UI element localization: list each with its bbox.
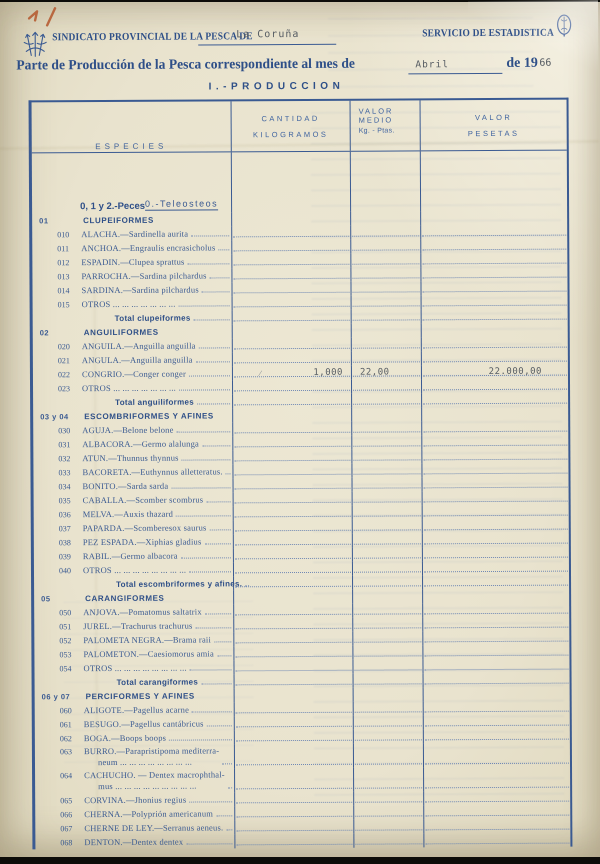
total-label: Total anguiliformes (115, 397, 194, 408)
species-name: DENTON.—Dentex dentex (84, 837, 183, 849)
header-cantidad: CANTIDAD KILOGRAMOS (232, 101, 351, 152)
cantidad-cell (234, 506, 353, 521)
species-name: CABALLA.—Scomber scombrus (83, 495, 204, 507)
valor-medio-cell (354, 701, 424, 715)
species-cell: 052PALOMETA NEGRA.—Brama raii (34, 632, 234, 647)
valor-medio-cell (354, 767, 424, 791)
cantidad-cell (235, 730, 354, 745)
species-name: RABIL.—Germo albacora (83, 551, 178, 562)
valor-pesetas-cell (421, 267, 567, 282)
valor-pesetas-cell (424, 715, 570, 730)
cantidad-cell (234, 632, 353, 647)
year-typed-value: 66 (539, 58, 551, 69)
species-cell: 020ANGUILA.—Anguilla anguilla (33, 338, 233, 353)
species-name: PEZ ESPADA.—Xiphias gladius (83, 537, 202, 549)
species-code: 052 (59, 635, 83, 646)
valor-medio-cell (351, 211, 421, 225)
species-name: PARROCHA.—Sardina pilchardus (81, 270, 206, 282)
valor-pesetas-cell (424, 687, 570, 702)
species-code: 034 (59, 481, 83, 492)
species-cell: 060ALIGOTE.—Pagellus acarne (35, 702, 235, 717)
valor-pesetas-cell (423, 617, 569, 632)
dotted-leader (189, 375, 230, 376)
species-cell: 067CHERNE DE LEY.—Serranus aeneus. (35, 820, 235, 835)
species-cell: 022CONGRIO.—Conger conger (33, 366, 233, 381)
species-name: BONITO.—Sarda sarda (83, 481, 169, 492)
oval-emblem-icon (556, 14, 572, 38)
species-cell: 036MELVA.—Auxis thazard (34, 506, 234, 521)
valor-medio-cell (352, 449, 422, 463)
valor-pesetas-cell (424, 743, 570, 768)
header-cantidad-line1: CANTIDAD (261, 113, 319, 122)
valor-pesetas-cell (422, 351, 568, 366)
dotted-leader (202, 445, 230, 446)
dotted-leader (186, 843, 232, 844)
species-code: 061 (60, 719, 84, 730)
cantidad-cell (233, 408, 352, 423)
species-name: ALBACORA.—Germo alalunga (82, 439, 199, 451)
valor-medio-cell (353, 519, 423, 533)
species-cell: 031ALBACORA.—Germo alalunga (33, 436, 233, 451)
valor-medio-cell (354, 743, 424, 767)
valor-medio-cell (352, 337, 422, 351)
dotted-leader (194, 319, 230, 320)
species-cell: Total clupeiformes (33, 310, 233, 325)
valor-pesetas-cell (423, 547, 569, 562)
valor-pesetas-cell (424, 805, 570, 820)
valor-pesetas-cell (423, 519, 569, 534)
species-cell: 014SARDINA.—Sardina pilchardus (32, 282, 232, 297)
valor-medio-cell (352, 323, 422, 337)
valor-pesetas-cell (422, 421, 568, 436)
species-name: CACHUCHO. — Dentex macrophthal-mus ... .… (84, 769, 225, 791)
section-code: 06 y 07 (42, 691, 86, 702)
cantidad-cell (233, 450, 352, 465)
handwritten-mark: / (258, 368, 263, 378)
valor-pesetas-cell (424, 819, 570, 834)
org-name-right: SERVICIO DE ESTADISTICA (422, 28, 554, 40)
cantidad-cell (234, 576, 353, 591)
species-cell: 039RABIL.—Germo albacora (34, 548, 234, 563)
dotted-leader (181, 557, 231, 558)
cantidad-cell (234, 646, 353, 661)
valor-medio-cell (354, 687, 424, 701)
total-label: Total escombriformes y afines. (116, 578, 242, 590)
species-name: PALOMETA NEGRA.—Brama raii (83, 634, 211, 646)
valor-medio-cell (353, 561, 423, 575)
species-code: 040 (59, 565, 83, 576)
species-name: BACORETA.—Euthynnus alletteratus. (82, 466, 222, 478)
valor-medio-cell (354, 819, 424, 833)
species-name: PAPARDA.—Scomberesox saurus (83, 522, 207, 534)
dotted-leader (206, 501, 230, 502)
species-name: OTROS ... ... ... ... ... ... ... (82, 299, 176, 310)
species-code: 039 (59, 551, 83, 562)
valor-medio-cell (352, 393, 422, 407)
species-cell: 02ANGUILIFORMES (33, 324, 233, 339)
species-code: 066 (60, 809, 84, 820)
cantidad-cell (235, 716, 354, 731)
table-header-row: ESPECIES CANTIDAD KILOGRAMOS VALOR MEDIO… (32, 100, 567, 154)
dotted-leader (188, 263, 230, 264)
species-row: 068DENTON.—Dentex dentex (35, 833, 570, 850)
valor-pesetas-cell (421, 211, 567, 226)
species-code: 011 (57, 243, 81, 254)
valor-medio-cell (351, 239, 421, 253)
cantidad-cell (234, 562, 353, 577)
valor-pesetas-cell (421, 239, 567, 254)
valor-medio-cell (351, 267, 421, 281)
valor-medio-cell (352, 295, 422, 309)
cantidad-cell (235, 834, 354, 849)
cantidad-cell (234, 548, 353, 563)
species-cell: 05CARANGIFORMES (34, 590, 234, 605)
cantidad-cell (233, 380, 352, 395)
valor-medio-cell (353, 645, 423, 659)
species-code: 060 (60, 705, 84, 716)
dotted-leader (218, 249, 229, 250)
section-title: I.-PRODUCCION (0, 80, 554, 94)
typed-value: 22.000,00 (489, 367, 542, 377)
species-code: 065 (60, 795, 84, 806)
cantidad-cell (235, 806, 354, 821)
species-cell: 011ANCHOA.—Engraulis encrasicholus (32, 240, 232, 255)
falange-emblem-icon (22, 29, 48, 57)
species-code: 023 (58, 383, 82, 394)
species-code: 032 (58, 453, 82, 464)
species-name: CHERNA.—Polyprión americanum (84, 808, 213, 820)
species-code: 020 (58, 341, 82, 352)
species-name: ANCHOA.—Engraulis encrasicholus (81, 242, 215, 254)
species-cell: 063BURRO.—Parapristipoma mediterra-neum … (35, 744, 235, 769)
species-name: ALIGOTE.—Pagellus acarne (84, 705, 189, 717)
species-name: ANGULA.—Anguilla anguilla (82, 355, 193, 367)
photographed-document: { "header": { "handwritten_mark": "7/", … (0, 0, 600, 864)
dotted-leader (210, 277, 230, 278)
org-name-left: SINDICATO PROVINCIAL DE LA PESCA DE (52, 31, 253, 43)
species-row: 063BURRO.—Parapristipoma mediterra-neum … (35, 743, 570, 770)
species-code: 068 (60, 837, 84, 848)
cantidad-cell (235, 674, 354, 689)
valor-medio-cell (354, 805, 424, 819)
cantidad-cell (232, 240, 351, 255)
year-prefix: de 19 (506, 56, 538, 72)
species-cell: 062BOGA.—Boops boops (35, 730, 235, 745)
species-cell: 033BACORETA.—Euthynnus alletteratus. (33, 464, 233, 479)
dotted-leader (207, 725, 232, 726)
cantidad-cell (234, 618, 353, 633)
species-cell: 068DENTON.—Dentex dentex (35, 834, 235, 849)
valor-medio-cell: 22,00 (352, 365, 422, 379)
species-code: 038 (59, 537, 83, 548)
header-especies: ESPECIES (32, 101, 232, 152)
species-name: SARDINA.—Sardina pilchardus (81, 285, 198, 297)
cantidad-cell (234, 492, 353, 507)
header-valor-pesetas: VALOR PESETAS (421, 100, 567, 151)
species-name: ALACHA.—Sardinella aurita (81, 229, 188, 241)
valor-medio-cell (353, 631, 423, 645)
valor-pesetas-cell (421, 281, 567, 296)
species-code: 067 (60, 823, 84, 834)
valor-medio-cell (353, 547, 423, 561)
dotted-leader (216, 815, 232, 816)
dotted-leader (189, 571, 231, 572)
dotted-leader (182, 459, 231, 460)
header-valor-line2: PESETAS (468, 128, 520, 137)
valor-pesetas-cell (423, 505, 569, 520)
group-valor-medio-cell (351, 151, 421, 211)
species-cell: 038PEZ ESPADA.—Xiphias gladius (34, 534, 234, 549)
group-heading-cell: 0, 1 y 2.-Peces 0.-Teleosteos (32, 152, 232, 213)
species-cell: 040OTROS ... ... ... ... ... ... ... ... (34, 562, 234, 577)
total-label: Total clupeiformes (115, 313, 191, 324)
province-underline (198, 44, 336, 46)
valor-pesetas-cell (424, 673, 570, 688)
species-row: 064CACHUCHO. — Dentex macrophthal-mus ..… (35, 767, 570, 794)
header-valor-medio-line2: MEDIO (359, 115, 420, 124)
cantidad-cell (233, 464, 352, 479)
valor-medio-cell (353, 533, 423, 547)
valor-medio-cell (351, 281, 421, 295)
valor-pesetas-cell (423, 477, 569, 492)
cantidad-cell (232, 212, 351, 227)
dotted-leader (169, 739, 232, 740)
group-valor-pesetas-cell (421, 151, 567, 212)
section-label: PERCIFORMES Y AFINES (86, 691, 195, 703)
valor-medio-cell (352, 351, 422, 365)
species-name: BURRO.—Parapristipoma mediterra-neum ...… (84, 745, 219, 767)
species-code: 062 (60, 733, 84, 744)
valor-pesetas-cell (423, 491, 569, 506)
species-code: 050 (59, 607, 83, 618)
species-name: ANGUILA.—Anguilla anguilla (82, 341, 196, 353)
species-code: 037 (59, 523, 83, 534)
species-code: 030 (58, 425, 82, 436)
header-valor-medio-line1: VALOR (359, 106, 420, 115)
subgroup-heading: 0.-Teleosteos (145, 198, 218, 210)
dotted-leader (222, 763, 232, 764)
typed-value: 1,000 (313, 368, 343, 378)
valor-medio-cell (354, 833, 424, 847)
species-cell: 065CORVINA.—Jhonius regius (35, 792, 235, 807)
dotted-leader (210, 529, 231, 530)
species-code: 054 (59, 663, 83, 674)
dotted-leader (191, 235, 229, 236)
dotted-leader (190, 669, 232, 670)
species-cell: 06 y 07PERCIFORMES Y AFINES (35, 688, 235, 703)
species-cell: 010ALACHA.—Sardinella aurita (32, 226, 232, 241)
valor-pesetas-cell (423, 659, 569, 674)
month-typed-value: Abril (415, 59, 449, 70)
species-cell: 03 y 04ESCOMBRIFORMES Y AFINES (33, 408, 233, 423)
header-cantidad-line2: KILOGRAMOS (253, 129, 328, 138)
species-cell: 034BONITO.—Sarda sarda (34, 478, 234, 493)
cantidad-cell (235, 820, 354, 835)
dotted-leader (176, 515, 231, 516)
dotted-leader (201, 683, 231, 684)
dotted-leader (214, 641, 231, 642)
paper-sheet: SINDICATO PROVINCIAL DE LA PESCA DE La C… (0, 2, 600, 857)
cantidad-cell (233, 296, 352, 311)
valor-medio-cell (353, 659, 423, 673)
valor-medio-cell (352, 309, 422, 323)
cantidad-cell (232, 282, 351, 297)
valor-pesetas-cell (422, 323, 568, 338)
species-cell: 064CACHUCHO. — Dentex macrophthal-mus ..… (35, 768, 235, 793)
valor-medio-cell (354, 673, 424, 687)
species-code: 010 (57, 229, 81, 240)
valor-pesetas-cell (424, 767, 570, 792)
species-cell: 030AGUJA.—Belone belone (33, 422, 233, 437)
dotted-leader (196, 361, 230, 362)
species-name: BESUGO.—Pagellus cantábricus (84, 719, 204, 731)
cantidad-cell (235, 688, 354, 703)
valor-pesetas-cell (424, 791, 570, 806)
species-cell: 015OTROS ... ... ... ... ... ... ... (33, 296, 233, 311)
species-name: MELVA.—Auxis thazard (83, 509, 173, 520)
cantidad-cell (233, 324, 352, 339)
species-cell: Total carangiformes (35, 674, 235, 689)
valor-medio-cell (353, 575, 423, 589)
species-code: 051 (59, 621, 83, 632)
valor-pesetas-cell (423, 561, 569, 576)
cantidad-cell (234, 660, 353, 675)
valor-medio-cell (353, 617, 423, 631)
section-code: 02 (40, 327, 84, 338)
valor-medio-cell (352, 463, 422, 477)
species-cell: 01CLUPEIFORMES (32, 212, 232, 227)
species-cell: 061BESUGO.—Pagellus cantábricus (35, 716, 235, 731)
valor-pesetas-cell (422, 295, 568, 310)
valor-pesetas-cell (423, 645, 569, 660)
species-cell: 053PALOMETON.—Caesiomorus amia (34, 646, 234, 661)
species-code: 031 (58, 439, 82, 450)
species-cell: 032ATUN.—Thunnus thynnus (33, 450, 233, 465)
cantidad-cell (233, 352, 352, 367)
total-label: Total carangiformes (117, 677, 199, 688)
species-code: 013 (57, 271, 81, 282)
section-code: 05 (41, 593, 85, 604)
cantidad-cell (233, 338, 352, 353)
species-cell: 054OTROS ... ... ... ... ... ... ... ... (34, 660, 234, 675)
cantidad-cell (234, 478, 353, 493)
species-code: 012 (57, 257, 81, 268)
cantidad-cell (234, 534, 353, 549)
section-code: 01 (39, 215, 83, 226)
valor-pesetas-cell (424, 833, 570, 848)
valor-pesetas-cell (423, 589, 569, 604)
header-valor-medio: VALOR MEDIO Kg. - Ptas. (351, 100, 421, 150)
species-cell: 037PAPARDA.—Scomberesox saurus (34, 520, 234, 535)
valor-medio-cell (352, 379, 422, 393)
species-name: OTROS ... ... ... ... ... ... ... ... (83, 565, 186, 577)
table-body: 01CLUPEIFORMES010ALACHA.—Sardinella auri… (32, 211, 570, 850)
species-code: 035 (59, 495, 83, 506)
group-heading-row: 0, 1 y 2.-Peces 0.-Teleosteos (32, 151, 567, 214)
header-valor-line1: VALOR (475, 112, 512, 121)
cantidad-cell (233, 436, 352, 451)
dotted-leader (199, 347, 230, 348)
species-name: CHERNE DE LEY.—Serranus aeneus. (84, 822, 223, 834)
dotted-leader (179, 305, 230, 306)
species-cell: Total escombriformes y afines. (34, 576, 234, 591)
header-valor-medio-line3: Kg. - Ptas. (359, 126, 420, 135)
production-table: ESPECIES CANTIDAD KILOGRAMOS VALOR MEDIO… (29, 98, 573, 850)
valor-medio-cell (352, 435, 422, 449)
valor-medio-cell (351, 225, 421, 239)
species-code: 033 (58, 467, 82, 478)
species-name: OTROS ... ... ... ... ... ... ... ... (83, 663, 186, 675)
valor-medio-cell (353, 491, 423, 505)
cantidad-cell (233, 422, 352, 437)
dotted-leader (202, 291, 230, 292)
dotted-leader (171, 487, 230, 488)
valor-medio-cell (353, 505, 423, 519)
dotted-leader (205, 543, 231, 544)
cantidad-cell (232, 226, 351, 241)
valor-medio-cell (352, 407, 422, 421)
valor-pesetas-cell (422, 393, 568, 408)
valor-pesetas-cell (423, 533, 569, 548)
cantidad-cell: 1,000/ (233, 366, 352, 381)
species-cell: Total anguiliformes (33, 394, 233, 409)
dotted-leader (192, 711, 232, 712)
cantidad-cell (232, 268, 351, 283)
species-name: ESPADIN.—Clupea sprattus (81, 257, 184, 269)
species-code: 014 (57, 285, 81, 296)
species-name: CONGRIO.—Conger conger (82, 369, 186, 381)
species-name: BOGA.—Boops boops (84, 733, 166, 744)
handwritten-red-mark (24, 5, 70, 29)
species-cell: 050ANJOVA.—Pomatomus saltatrix (34, 604, 234, 619)
species-cell: 013PARROCHA.—Sardina pilchardus (32, 268, 232, 283)
cantidad-cell (235, 768, 354, 793)
species-name: OTROS ... ... ... ... ... ... ... (82, 383, 176, 394)
valor-pesetas-cell (424, 729, 570, 744)
valor-pesetas-cell (422, 463, 568, 478)
species-code: 022 (58, 369, 82, 380)
species-code: 064 (60, 770, 84, 781)
section-label: CLUPEIFORMES (83, 215, 154, 226)
species-cell: 012ESPADIN.—Clupea sprattus (32, 254, 232, 269)
dotted-leader (226, 473, 231, 474)
species-code: 015 (58, 299, 82, 310)
species-code: 063 (60, 746, 84, 757)
species-name: ATUN.—Thunnus thynnus (82, 453, 178, 465)
valor-pesetas-cell (423, 631, 569, 646)
dotted-leader (217, 655, 231, 656)
cantidad-cell (235, 792, 354, 807)
valor-pesetas-cell (423, 603, 569, 618)
valor-medio-cell (353, 603, 423, 617)
valor-pesetas-cell (422, 379, 568, 394)
species-cell: 023OTROS ... ... ... ... ... ... ... (33, 380, 233, 395)
section-label: ESCOMBRIFORMES Y AFINES (84, 410, 214, 422)
valor-pesetas-cell (422, 309, 568, 324)
cantidad-cell (233, 310, 352, 325)
typed-value: 22,00 (360, 368, 390, 378)
species-name: PALOMETON.—Caesiomorus amia (83, 648, 214, 660)
species-code: 036 (59, 509, 83, 520)
month-underline (408, 73, 502, 74)
cantidad-cell (234, 604, 353, 619)
species-code: 021 (58, 355, 82, 366)
valor-pesetas-cell: 22.000,00 (422, 365, 568, 380)
species-name: ANJOVA.—Pomatomus saltatrix (83, 607, 202, 619)
group-cantidad-cell (232, 152, 351, 213)
valor-pesetas-cell (422, 407, 568, 422)
species-cell: 021ANGULA.—Anguilla anguilla (33, 352, 233, 367)
